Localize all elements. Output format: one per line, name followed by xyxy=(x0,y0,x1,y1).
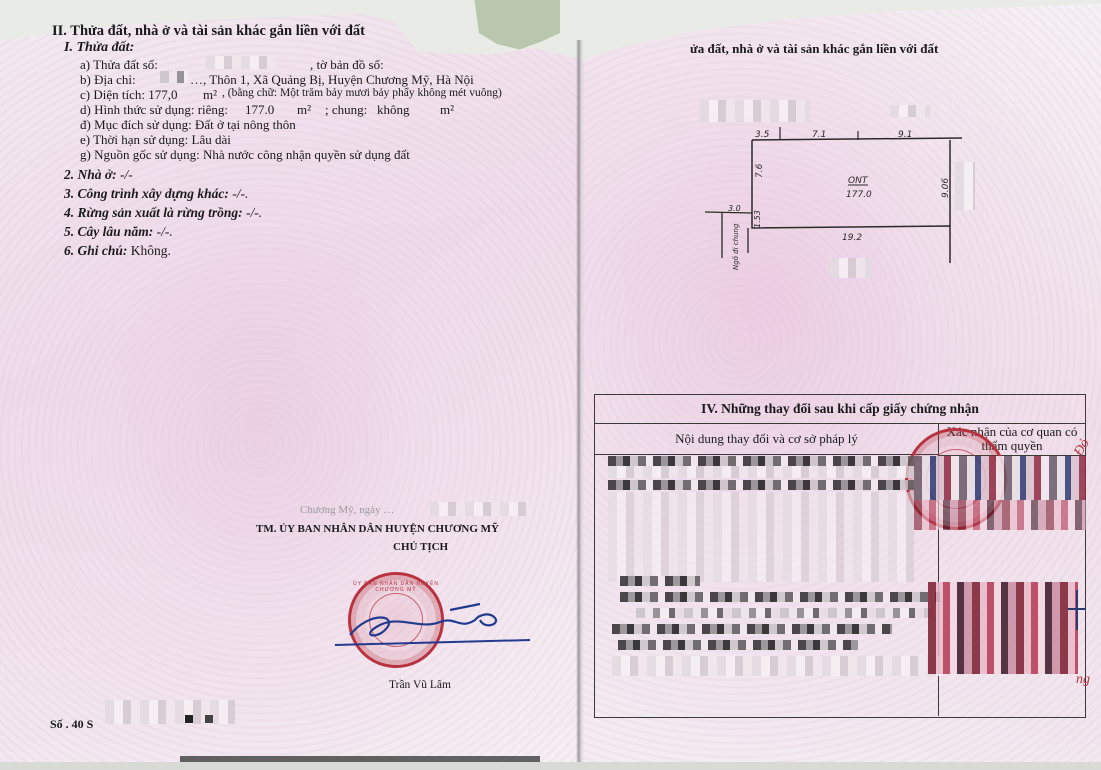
section-heading-ii: II. Thửa đất, nhà ở và tài sản khác gắn … xyxy=(52,24,365,39)
usage-form-label: d) Hình thức sử dụng: riêng: xyxy=(80,103,228,116)
book-spine-fold xyxy=(576,40,584,762)
redacted-change-line-9 xyxy=(612,656,942,676)
redacted-change-line-2 xyxy=(608,466,914,478)
area-in-words: , (bằng chữ: Một trăm bảy mươi bảy phẩy … xyxy=(222,88,502,100)
address-value: …, Thôn 1, Xã Quảng Bị, Huyện Chương Mỹ,… xyxy=(190,73,474,86)
redacted-change-line-3 xyxy=(608,480,914,490)
item-house-value: -/- xyxy=(120,167,133,182)
address-label: b) Địa chỉ: xyxy=(80,73,136,86)
edge-top-1: 3.5 xyxy=(755,130,770,140)
item-production-forest-value: -/-. xyxy=(246,205,262,220)
edge-right: 9.06 xyxy=(941,178,951,198)
road-label: Ngõ đi chung xyxy=(732,223,740,270)
item-house-label: 2. Nhà ở: xyxy=(64,167,117,182)
road-width: 3.0 xyxy=(728,204,741,213)
scanned-certificate: II. Thửa đất, nhà ở và tài sản khác gắn … xyxy=(0,0,1101,770)
signer-name: Trần Vũ Lâm xyxy=(389,680,451,692)
edge-left-lower: 1.53 xyxy=(753,210,762,228)
edge-left-upper: 7.6 xyxy=(755,163,765,178)
signature-icon xyxy=(330,590,530,660)
redacted-change-line-4 xyxy=(620,576,700,586)
signatory-title: CHỦ TỊCH xyxy=(393,542,448,553)
edge-top-3: 9.1 xyxy=(898,130,912,140)
redacted-serial-dark-1 xyxy=(185,715,193,723)
item-production-forest: 4. Rừng sản xuất là rừng trồng: -/-. xyxy=(64,206,262,220)
redacted-confirmation-2 xyxy=(914,500,1086,530)
serial-number: Số . 40 S xyxy=(50,718,93,730)
item-notes-label: 6. Ghi chú: xyxy=(64,243,127,258)
land-code: ONT xyxy=(848,176,869,186)
item-notes-value: Không. xyxy=(131,243,171,258)
torn-corner-background xyxy=(470,0,560,55)
item-perennial-trees-label: 5. Cây lâu năm: xyxy=(64,224,153,239)
usage-private-unit: m² xyxy=(297,103,311,116)
plot-sketch-drawing: 3.5 7.1 9.1 7.6 1.53 9.06 19.2 3.0 Ngõ đ… xyxy=(700,100,1000,290)
right-section-heading: ửa đất, nhà ở và tài sản khác gắn liền v… xyxy=(690,42,938,55)
usage-purpose: đ) Mục đích sử dụng: Đất ở tại nông thôn xyxy=(80,118,296,131)
redacted-change-line-8 xyxy=(618,640,858,650)
redacted-change-line-1 xyxy=(608,456,914,466)
item-perennial-trees-value: -/-. xyxy=(157,224,173,239)
item-production-forest-label: 4. Rừng sản xuất là rừng trồng: xyxy=(64,205,243,220)
parcel-number-label: a) Thửa đất số: xyxy=(80,58,158,71)
usage-private-area: 177.0 xyxy=(245,103,274,116)
redacted-date xyxy=(430,502,530,516)
place-date: Chương Mỹ, ngày … xyxy=(300,505,394,516)
item-house: 2. Nhà ở: -/- xyxy=(64,168,133,182)
plot-sketch: 3.5 7.1 9.1 7.6 1.53 9.06 19.2 3.0 Ngõ đ… xyxy=(700,100,1000,290)
changes-table-title: IV. Những thay đổi sau khi cấp giấy chứn… xyxy=(595,395,1085,424)
map-sheet-label: , tờ bản đồ số: xyxy=(310,58,384,71)
edge-bottom: 19.2 xyxy=(842,233,862,243)
scan-bottom-edge xyxy=(0,762,1101,770)
edge-mark-vertical xyxy=(1076,590,1078,630)
redacted-change-line-7 xyxy=(612,624,892,634)
usage-term: e) Thời hạn sử dụng: Lâu dài xyxy=(80,133,231,146)
area-unit: m² xyxy=(203,88,217,101)
edge-signature-fragment: ng xyxy=(1076,672,1090,688)
redacted-change-line-6 xyxy=(636,608,936,618)
redacted-change-body xyxy=(608,492,914,582)
redacted-confirmation-1 xyxy=(914,456,1086,500)
authority-name: TM. ỦY BAN NHÂN DÂN HUYỆN CHƯƠNG MỸ xyxy=(256,524,499,535)
changes-col-content-header: Nội dung thay đổi và cơ sở pháp lý xyxy=(595,424,939,455)
plot-area: 177.0 xyxy=(846,190,872,200)
redacted-serial-number xyxy=(105,700,235,724)
redacted-confirmation-3 xyxy=(928,582,1078,674)
usage-shared-unit: m² xyxy=(440,103,454,116)
usage-origin: g) Nguồn gốc sử dụng: Nhà nước công nhận… xyxy=(80,148,410,161)
item-perennial-trees: 5. Cây lâu năm: -/-. xyxy=(64,225,173,239)
edge-mark-horizontal xyxy=(1068,608,1086,610)
usage-shared-label: ; chung: xyxy=(325,103,367,116)
item-1-heading: I. Thửa đất: xyxy=(64,41,134,55)
redacted-change-line-5 xyxy=(620,592,940,602)
redacted-parcel-number xyxy=(206,56,276,69)
item-notes: 6. Ghi chú: Không. xyxy=(64,244,171,258)
area-label: c) Diện tích: 177,0 xyxy=(80,88,177,101)
redacted-serial-dark-2 xyxy=(205,715,213,723)
redacted-address-number xyxy=(160,71,188,83)
usage-shared-value: không xyxy=(377,103,410,116)
item-other-construction-value: -/-. xyxy=(232,186,248,201)
edge-top-2: 7.1 xyxy=(812,130,826,140)
item-other-construction-label: 3. Công trình xây dựng khác: xyxy=(64,186,229,201)
item-other-construction: 3. Công trình xây dựng khác: -/-. xyxy=(64,187,248,201)
